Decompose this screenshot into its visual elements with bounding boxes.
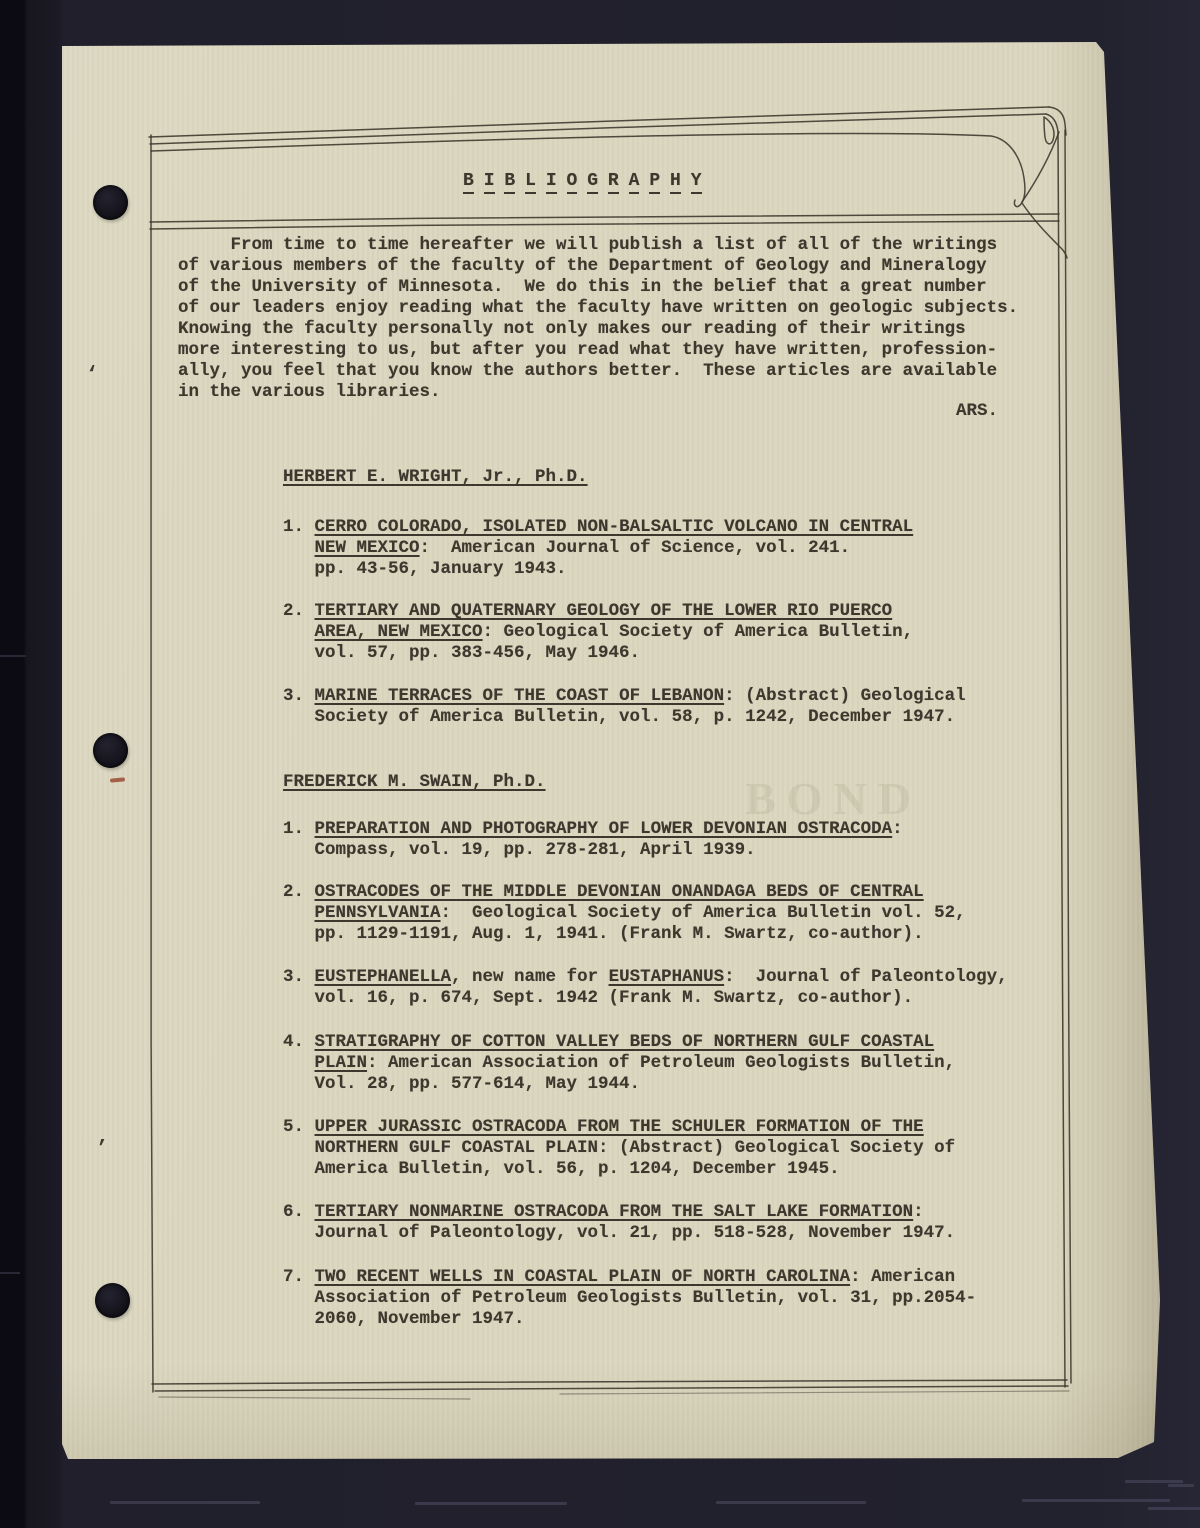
text-line: 2. OSTRACODES OF THE MIDDLE DEVONIAN ONA… [283,882,1008,903]
text-line: pp. 43-56, January 1943. [283,559,1008,580]
text-line: Association of Petroleum Geologists Bull… [283,1288,1008,1309]
frame-bottom-2 [155,1386,1068,1391]
section-header: FREDERICK M. SWAIN, Ph.D. [283,772,1008,793]
text-line: Society of America Bulletin, vol. 58, p.… [283,707,1008,728]
text-line: of the University of Minnesota. We do th… [178,277,1018,298]
binding-mark-6 [1168,1484,1194,1487]
text-line: Compass, vol. 19, pp. 278-281, April 193… [283,840,1008,861]
title-letter: A [629,171,640,194]
author-initials: ARS. [956,401,998,422]
text-line: Journal of Paleontology, vol. 21, pp. 51… [283,1223,1008,1244]
title-rule-2 [150,221,1059,229]
frame-top-stroke-1 [149,107,1049,137]
frame-left [150,135,153,1392]
text-line: PLAIN: American Association of Petroleum… [283,1053,1008,1074]
curl-flap-edge [1022,132,1059,202]
punch-hole-top [93,185,128,220]
text-line: in the various libraries. [178,382,1018,403]
title-letter: R [608,171,619,194]
text-line: Vol. 28, pp. 577-614, May 1944. [283,1074,1008,1095]
title-letter: Y [691,171,702,194]
frame-right-inner [1058,133,1065,1387]
frame-top-stroke-2 [150,114,1046,144]
text-line: America Bulletin, vol. 56, p. 1204, Dece… [283,1159,1008,1180]
binding-mark-7 [1148,1507,1200,1510]
page-title: BIBLIOGRAPHY [463,171,711,194]
ink-tick-mark-upper: ‘ [86,366,98,386]
frame-bottom-echo-right [560,1391,1069,1394]
curl-tail [1022,203,1067,258]
binding-mark-3 [716,1501,866,1504]
frame-right-outer [1065,130,1071,1383]
punch-hole-middle [93,733,128,768]
bibliography-entry: 7. TWO RECENT WELLS IN COASTAL PLAIN OF … [283,1267,1008,1330]
text-line: 2060, November 1947. [283,1309,1008,1330]
title-letter: I [484,171,495,194]
title-letter: H [670,171,681,194]
text-line: 4. STRATIGRAPHY OF COTTON VALLEY BEDS OF… [283,1032,1008,1053]
text-line: 6. TERTIARY NONMARINE OSTRACODA FROM THE… [283,1202,1008,1223]
ink-tick-mark-lower: ’ [96,1140,108,1160]
binding-mark-1 [110,1501,260,1504]
binding-mark-4 [1022,1499,1170,1502]
bibliography-entry: 6. TERTIARY NONMARINE OSTRACODA FROM THE… [283,1202,1008,1244]
binding-mark-2 [415,1502,567,1505]
bibliography-entry: 5. UPPER JURASSIC OSTRACODA FROM THE SCH… [283,1117,1008,1180]
text-line: 2. TERTIARY AND QUATERNARY GEOLOGY OF TH… [283,601,1008,622]
text-line: HERBERT E. WRIGHT, Jr., Ph.D. [283,467,1008,488]
scratch-mark-left-2 [0,1272,20,1274]
bibliography-list: HERBERT E. WRIGHT, Jr., Ph.D.1. CERRO CO… [283,467,1008,1330]
title-rule-1 [150,214,1059,222]
bibliography-entry: 1. CERRO COLORADO, ISOLATED NON-BALSALTI… [283,517,1008,580]
scratch-mark-left-1 [0,655,26,657]
text-line: NORTHERN GULF COASTAL PLAIN: (Abstract) … [283,1138,1008,1159]
section-header: HERBERT E. WRIGHT, Jr., Ph.D. [283,467,1008,488]
title-letter: I [546,171,557,194]
title-letter: P [649,171,660,194]
punch-hole-bottom [95,1283,130,1318]
text-line: From time to time hereafter we will publ… [178,235,1018,256]
bibliography-entry: 4. STRATIGRAPHY OF COTTON VALLEY BEDS OF… [283,1032,1008,1095]
title-letter: L [525,171,536,194]
text-line: PENNSYLVANIA: Geological Society of Amer… [283,903,1008,924]
text-line: FREDERICK M. SWAIN, Ph.D. [283,772,1008,793]
text-line: 5. UPPER JURASSIC OSTRACODA FROM THE SCH… [283,1117,1008,1138]
frame-bottom-echo-left [159,1397,470,1399]
text-line: of various members of the faculty of the… [178,256,1018,277]
text-line: ally, you feel that you know the authors… [178,361,1018,382]
binding-mark-5 [1125,1480,1183,1483]
text-line: pp. 1129-1191, Aug. 1, 1941. (Frank M. S… [283,924,1008,945]
text-line: more interesting to us, but after you re… [178,340,1018,361]
text-line: vol. 57, pp. 383-456, May 1946. [283,643,1008,664]
corner-inner [1046,114,1058,132]
bibliography-entry: 3. EUSTEPHANELLA, new name for EUSTAPHAN… [283,967,1008,1009]
title-letter: G [587,171,598,194]
frame-bottom-1 [152,1380,1067,1384]
bibliography-entry: 2. TERTIARY AND QUATERNARY GEOLOGY OF TH… [283,601,1008,664]
bibliography-entry: 3. MARINE TERRACES OF THE COAST OF LEBAN… [283,686,1008,728]
text-line: 3. MARINE TERRACES OF THE COAST OF LEBAN… [283,686,1008,707]
text-line: 1. PREPARATION AND PHOTOGRAPHY OF LOWER … [283,819,1008,840]
text-line: 7. TWO RECENT WELLS IN COASTAL PLAIN OF … [283,1267,1008,1288]
title-letter: B [504,171,515,194]
bibliography-entry: 1. PREPARATION AND PHOTOGRAPHY OF LOWER … [283,819,1008,861]
text-line: AREA, NEW MEXICO: Geological Society of … [283,622,1008,643]
text-line: 1. CERRO COLORADO, ISOLATED NON-BALSALTI… [283,517,1008,538]
photo-background: BOND BIBLIOGRAPHY From time to time here… [0,0,1200,1528]
text-line: of our leaders enjoy reading what the fa… [178,298,1018,319]
corner-leaf [1044,117,1054,144]
bibliography-entry: 2. OSTRACODES OF THE MIDDLE DEVONIAN ONA… [283,882,1008,945]
text-line: Knowing the faculty personally not only … [178,319,1018,340]
text-line: vol. 16, p. 674, Sept. 1942 (Frank M. Sw… [283,988,1008,1009]
intro-paragraph: From time to time hereafter we will publ… [178,235,1018,403]
text-line: NEW MEXICO: American Journal of Science,… [283,538,1008,559]
title-letter: B [463,171,474,194]
title-letter: O [567,171,578,194]
text-line: 3. EUSTEPHANELLA, new name for EUSTAPHAN… [283,967,1008,988]
